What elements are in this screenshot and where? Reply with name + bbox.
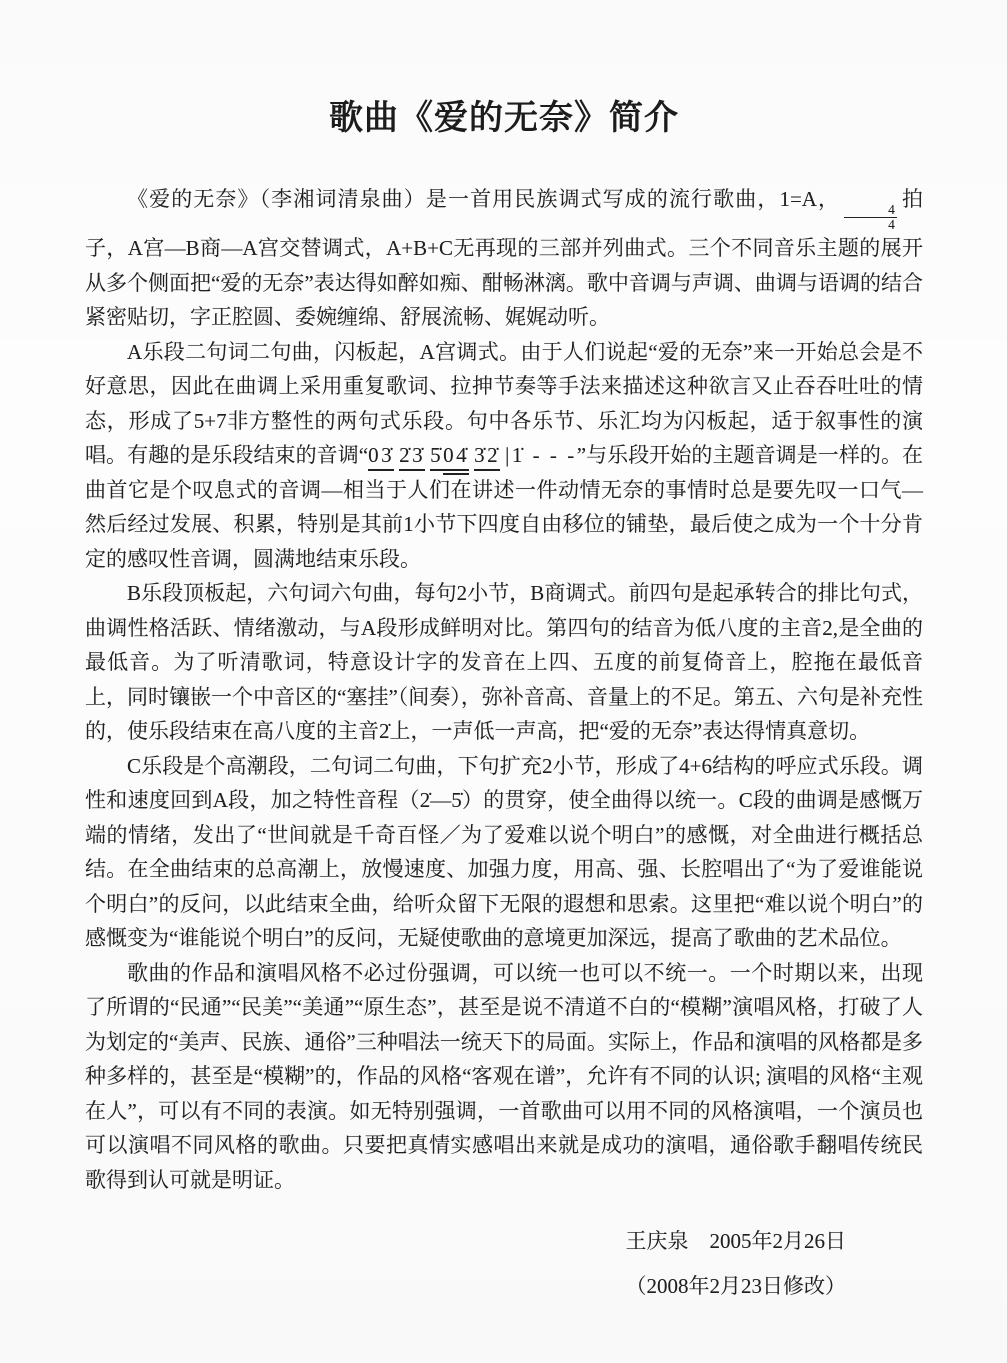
time-signature-denominator: 4 <box>846 218 895 232</box>
paragraph-section-c: C乐段是个高潮段，二句词二句曲，下句扩充2小节，形成了4+6结构的呼应式乐段。调… <box>85 749 923 956</box>
time-signature-numerator: 4 <box>844 203 897 218</box>
jianpu-group-3b-double-underline: 04̇ <box>443 443 469 471</box>
document-page: 歌曲《爱的无奈》简介 《爱的无奈》（李湘词清泉曲）是一首用民族调式写成的流行歌曲… <box>0 0 1007 1363</box>
signature-revision-date: （2008年2月23日修改） <box>85 1264 846 1309</box>
time-signature-fraction: 44 <box>844 203 897 231</box>
page-title: 歌曲《爱的无奈》简介 <box>85 96 923 142</box>
paragraph-section-a: A乐段二句词二句曲，闪板起，A宫调式。由于人们说起“爱的无奈”来一开始总会是不好… <box>85 335 923 577</box>
jianpu-group-4: 3̇2̇ <box>474 443 500 471</box>
jianpu-tail: |1̇ - - - <box>505 443 577 467</box>
jianpu-group-1: 03̇ <box>368 443 394 471</box>
intro-text-before-fraction: 《爱的无奈》（李湘词清泉曲）是一首用民族调式写成的流行歌曲，1=A， <box>127 187 840 211</box>
paragraph-section-b: B乐段顶板起，六句词六句曲，每句2小节，B商调式。前四句是起承转合的排比句式，曲… <box>85 576 923 749</box>
jianpu-group-2: 2̇3̇ <box>399 443 425 471</box>
document-body: 《爱的无奈》（李湘词清泉曲）是一首用民族调式写成的流行歌曲，1=A，44拍子，A… <box>85 182 923 1197</box>
jianpu-notation: 03̇2̇3̇5̇04̇3̇2̇|1̇ - - - <box>368 443 577 467</box>
paragraph-intro: 《爱的无奈》（李湘词清泉曲）是一首用民族调式写成的流行歌曲，1=A，44拍子，A… <box>85 182 923 335</box>
signature-block: 王庆泉 2005年2月26日 （2008年2月23日修改） <box>85 1219 923 1309</box>
signature-author-date: 王庆泉 2005年2月26日 <box>85 1219 846 1264</box>
paragraph-style-discussion: 歌曲的作品和演唱风格不必过份强调，可以统一也可以不统一。一个时期以来，出现了所谓… <box>85 956 923 1198</box>
jianpu-group-3a: 5̇ <box>430 443 443 471</box>
